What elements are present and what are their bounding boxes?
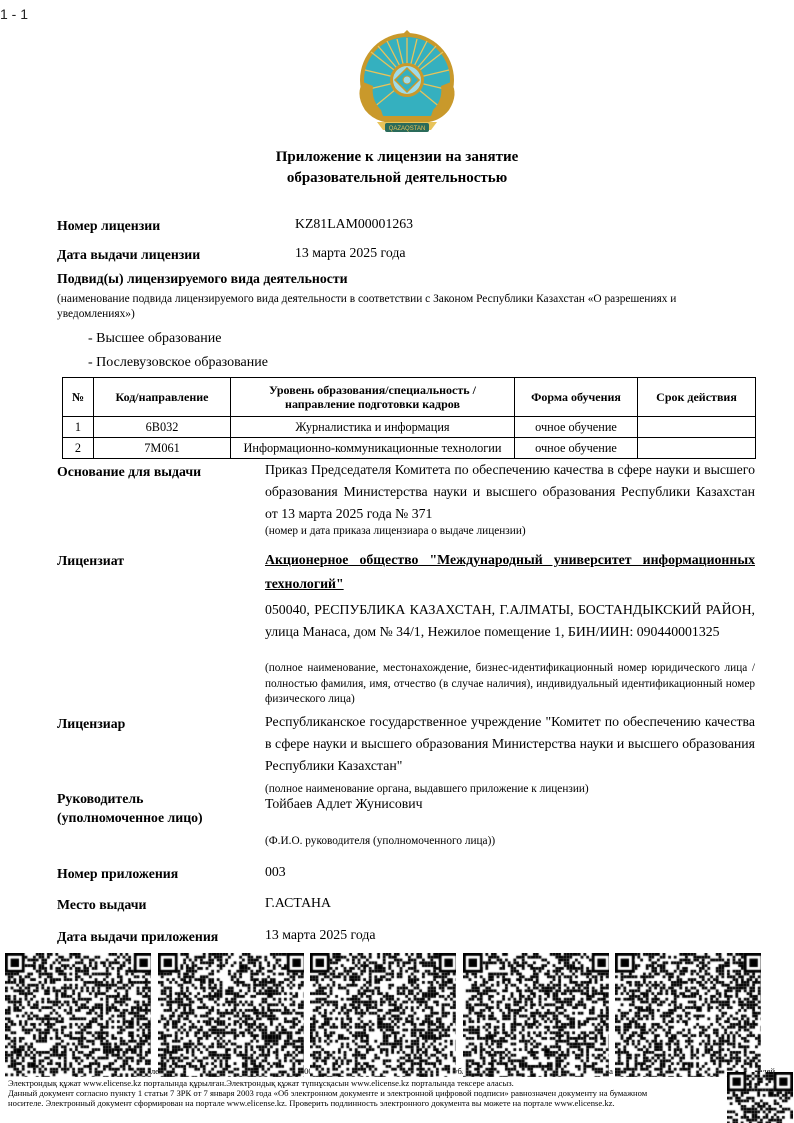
verification-qr-code <box>727 1072 793 1123</box>
col-header-validity: Срок действия <box>638 378 756 417</box>
footer-legal-ru-line2: носителе. Электронный документ сформиров… <box>8 1098 724 1108</box>
attachment-number-value: 003 <box>265 864 755 880</box>
attachment-date-value: 13 марта 2025 года <box>265 927 755 943</box>
issue-place-label: Место выдачи <box>57 895 262 914</box>
page-number-marker: 1 - 1 <box>0 6 28 22</box>
license-date-label: Дата выдачи лицензии <box>57 245 262 264</box>
table-row: 1 6B032 Журналистика и информация очное … <box>63 417 756 438</box>
footer-legal-ru-line1: Данный документ согласно пункту 1 статьи… <box>8 1088 724 1098</box>
licensor-label: Лицензиар <box>57 714 262 733</box>
head-value: Тойбаев Адлет Жунисович <box>265 796 755 812</box>
digital-signature-barcode-4 <box>463 953 609 1077</box>
issue-place-value: Г.АСТАНА <box>265 895 755 911</box>
licensee-address: 050040, РЕСПУБЛИКА КАЗАХСТАН, Г.АЛМАТЫ, … <box>265 599 755 643</box>
subtypes-note: (наименование подвида лицензируемого вид… <box>57 292 751 322</box>
licensor-value: Республиканское государственное учрежден… <box>265 711 755 777</box>
licensee-label: Лицензиат <box>57 551 262 570</box>
emblem-banner-text: QAZAQSTAN <box>389 126 426 132</box>
footer-legal-kk-line2: Электрондық құжат www.elicense.kz портал… <box>8 1078 724 1088</box>
licensee-name: Акционерное общество "Международный унив… <box>265 548 755 596</box>
licensee-note: (полное наименование, местонахождение, б… <box>265 661 755 708</box>
attachment-date-label: Дата выдачи приложения <box>57 927 262 946</box>
row-validity <box>638 438 756 459</box>
head-note: (Ф.И.О. руководителя (уполномоченного ли… <box>265 834 755 850</box>
license-number-value: KZ81LAM00001263 <box>295 216 755 232</box>
col-header-level: Уровень образования/специальность / напр… <box>231 378 515 417</box>
title-line-1: Приложение к лицензии на занятие <box>0 147 794 168</box>
specialties-table: № Код/направление Уровень образования/сп… <box>62 377 756 459</box>
subtype-item-higher-education: - Высшее образование <box>88 331 221 347</box>
col-header-number: № <box>63 378 94 417</box>
table-header-row: № Код/направление Уровень образования/сп… <box>63 378 756 417</box>
basis-label: Основание для выдачи <box>57 462 262 481</box>
kazakhstan-emblem: QAZAQSTAN <box>351 30 463 140</box>
license-number-label: Номер лицензии <box>57 216 262 235</box>
license-attachment-document: 1 - 1 QAZAQSTAN <box>0 0 794 1123</box>
row-study-form: очное обучение <box>515 438 638 459</box>
basis-note: (номер и дата приказа лицензиара о выдач… <box>265 524 755 540</box>
row-validity <box>638 417 756 438</box>
title-line-2: образовательной деятельностью <box>0 168 794 189</box>
basis-value: Приказ Председателя Комитета по обеспече… <box>265 459 755 525</box>
digital-signature-barcode-3 <box>310 953 456 1077</box>
row-number: 1 <box>63 417 94 438</box>
subtypes-heading: Подвид(ы) лицензируемого вида деятельнос… <box>57 271 348 287</box>
subtype-item-postgraduate-education: - Послевузовское образование <box>88 355 268 371</box>
digital-signature-barcode-5 <box>615 953 761 1077</box>
head-label: Руководитель (уполномоченное лицо) <box>57 789 242 827</box>
row-level: Информационно-коммуникационные технологи… <box>231 438 515 459</box>
license-date-value: 13 марта 2025 года <box>295 245 755 261</box>
table-row: 2 7M061 Информационно-коммуникационные т… <box>63 438 756 459</box>
kazakhstan-coat-of-arms-icon: QAZAQSTAN <box>351 30 463 140</box>
digital-signature-barcode-2 <box>158 953 304 1077</box>
col-header-study-form: Форма обучения <box>515 378 638 417</box>
row-level: Журналистика и информация <box>231 417 515 438</box>
attachment-number-label: Номер приложения <box>57 864 262 883</box>
document-title: Приложение к лицензии на занятие образов… <box>0 147 794 189</box>
row-code: 7M061 <box>94 438 231 459</box>
col-header-code: Код/направление <box>94 378 231 417</box>
row-code: 6B032 <box>94 417 231 438</box>
digital-signature-barcode-1 <box>5 953 151 1077</box>
row-study-form: очное обучение <box>515 417 638 438</box>
row-number: 2 <box>63 438 94 459</box>
